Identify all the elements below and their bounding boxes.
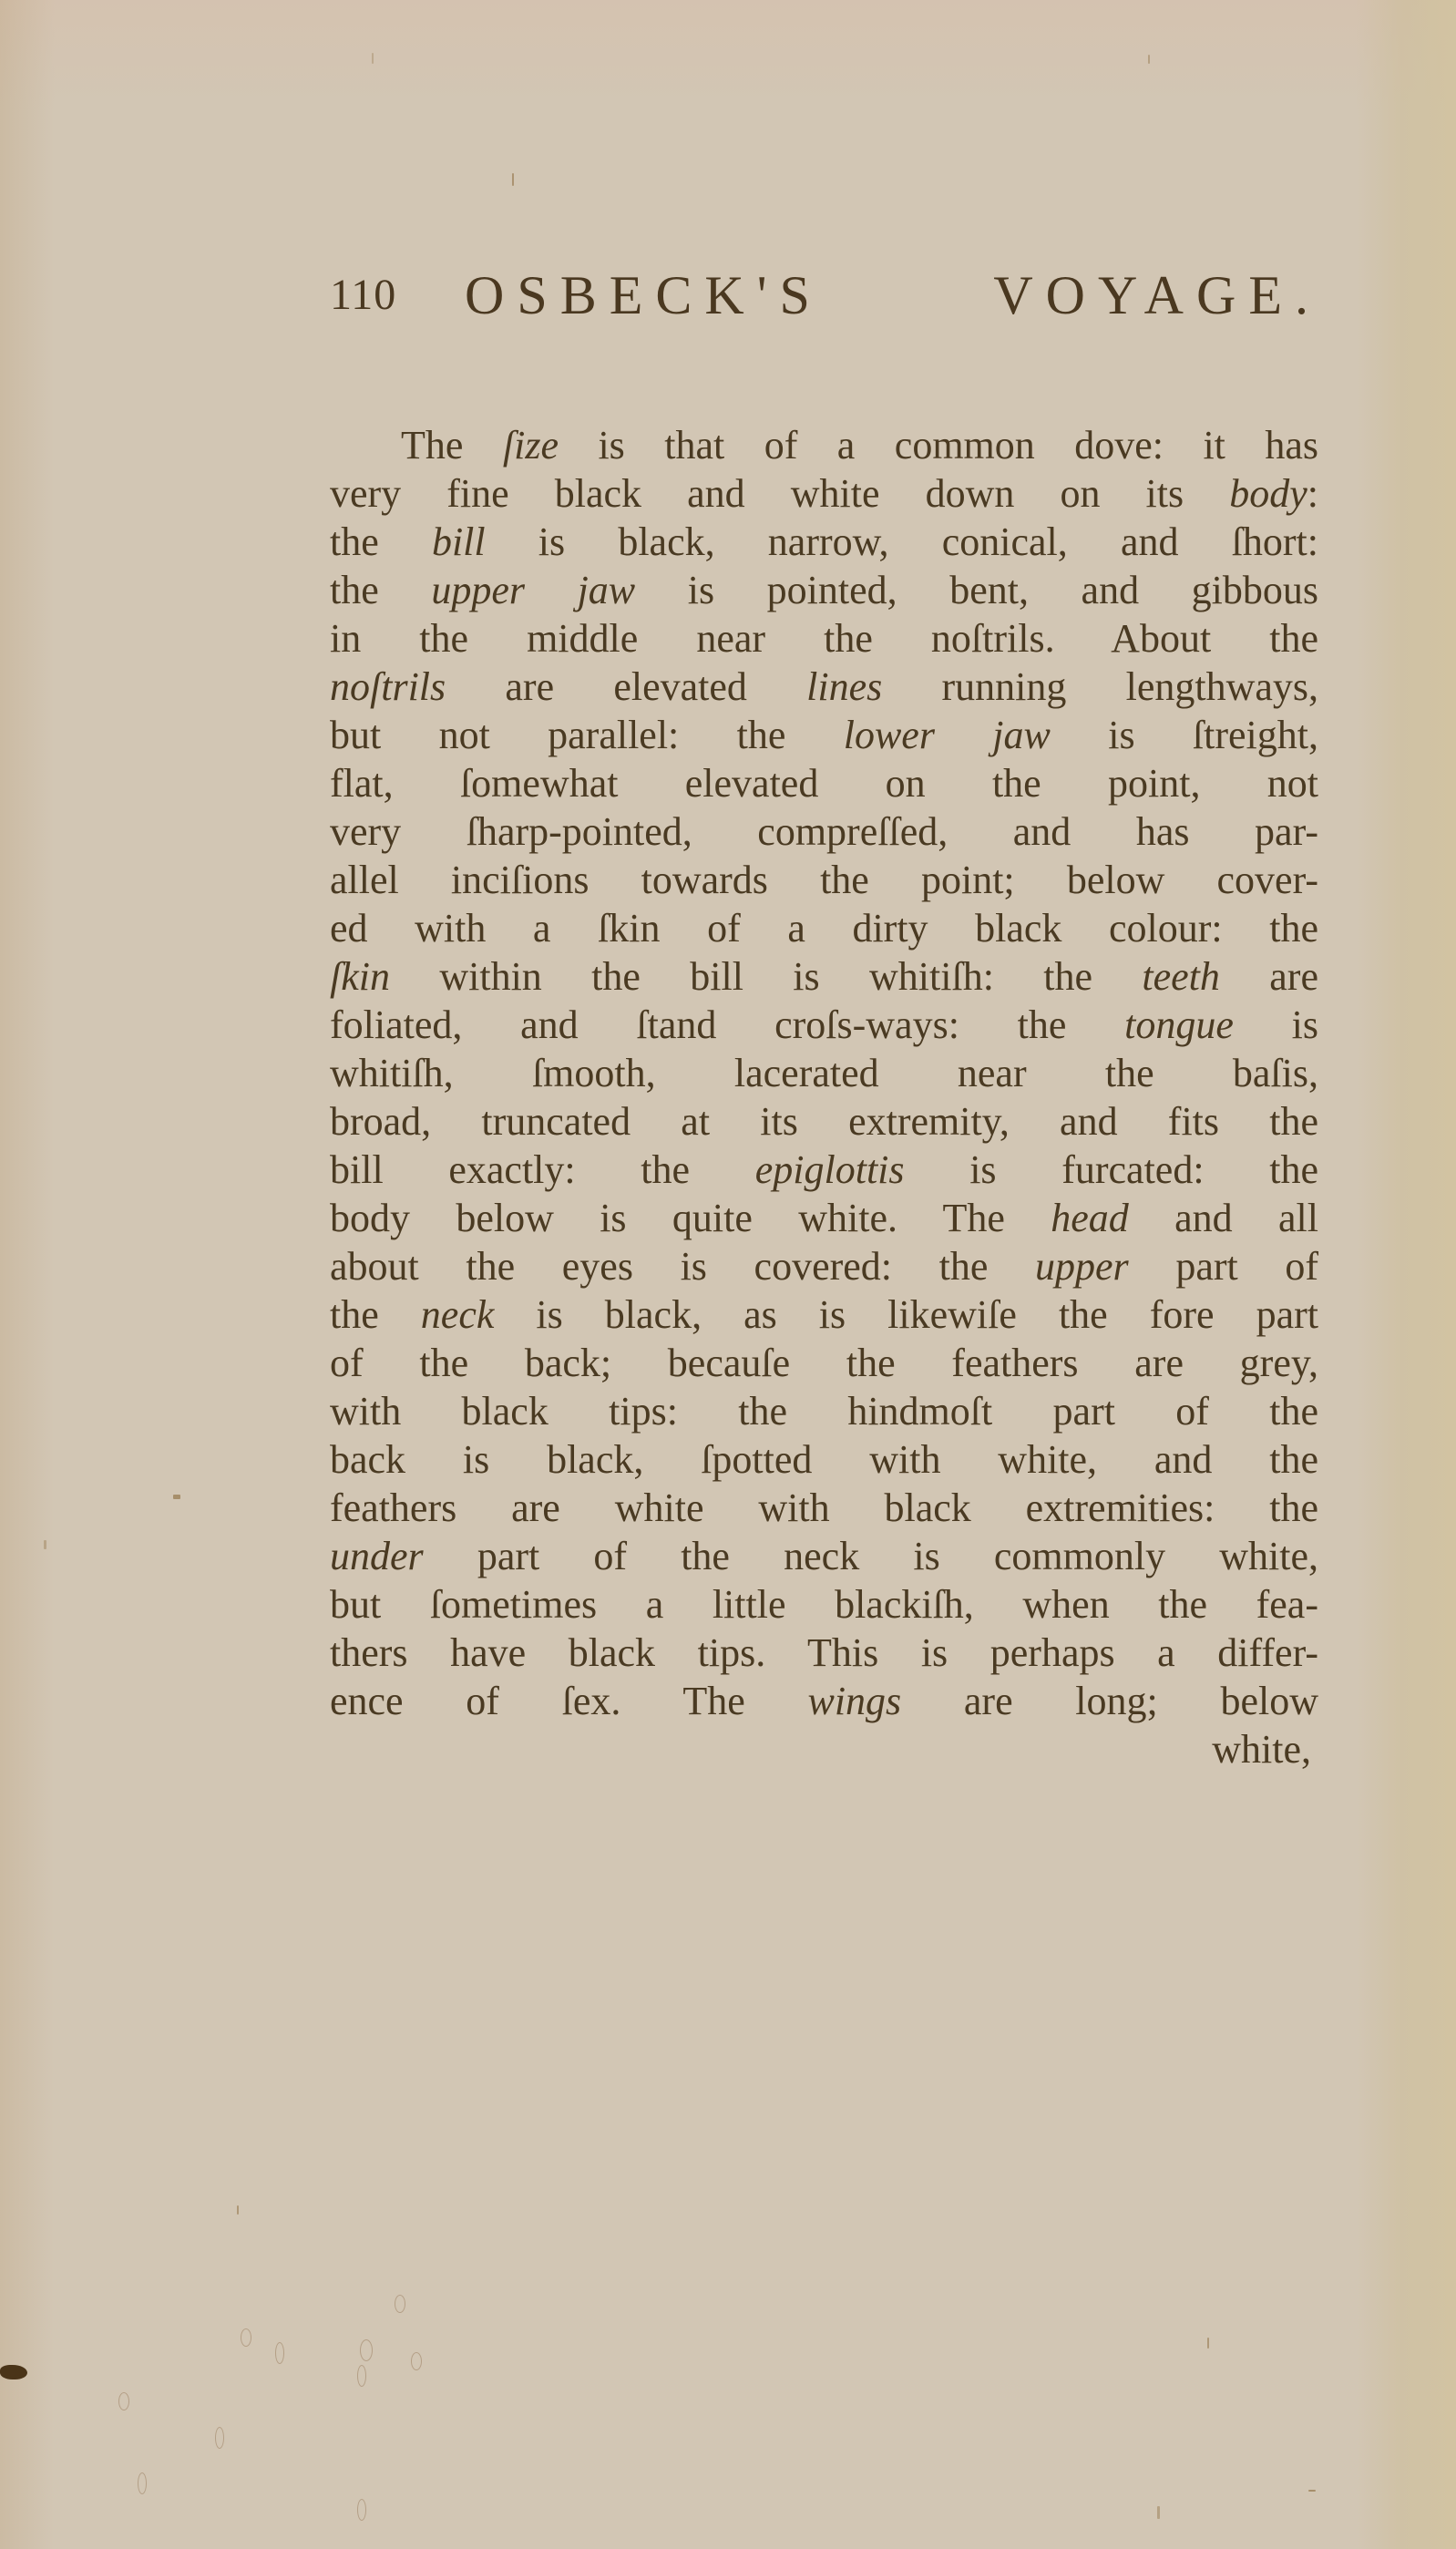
running-title: OSBECK'S VOYAGE. <box>465 264 1321 327</box>
text-line: in the middle near the noſtrils. About t… <box>330 614 1318 663</box>
text-run: The <box>401 423 503 468</box>
text-run: and all <box>1129 1196 1318 1240</box>
text-run: are elevated <box>446 664 806 709</box>
paper-fleck <box>512 173 514 186</box>
running-head: 110 OSBECK'S VOYAGE. <box>330 264 1318 328</box>
paper-chain-mark <box>395 2295 405 2313</box>
text-run: is <box>1234 1002 1318 1047</box>
paper-chain-mark <box>241 2328 251 2347</box>
text-run: are long; below <box>901 1679 1318 1723</box>
book-page: 110 OSBECK'S VOYAGE. The ſize is that of… <box>0 0 1456 2549</box>
italic-term: epiglottis <box>755 1147 905 1192</box>
paper-fleck <box>44 1540 46 1549</box>
text-run: about the eyes is covered: the <box>330 1244 1035 1289</box>
text-run: are <box>1220 954 1318 999</box>
italic-term: ſkin <box>330 954 390 999</box>
text-line: flat, ſomewhat elevated on the point, no… <box>330 759 1318 807</box>
paper-chain-mark <box>360 2339 373 2361</box>
ink-blot <box>0 2365 27 2379</box>
text-line: broad, truncated at its extremity, and f… <box>330 1097 1318 1146</box>
italic-term: under <box>330 1534 424 1578</box>
text-run: part of the neck is commonly white, <box>424 1534 1318 1578</box>
text-run: but ſometimes a little blackiſh, when th… <box>330 1582 1318 1627</box>
text-run: is ſtreight, <box>1051 713 1318 757</box>
paper-chain-mark <box>138 2472 147 2494</box>
text-run: the <box>330 568 431 612</box>
text-line: of the back; becauſe the feathers are gr… <box>330 1339 1318 1387</box>
text-line: very fine black and white down on its bo… <box>330 469 1318 518</box>
paper-chain-mark <box>215 2427 224 2449</box>
text-line: body below is quite white. The head and … <box>330 1194 1318 1242</box>
paper-fleck <box>372 53 374 64</box>
text-line: noſtrils are elevated lines running leng… <box>330 663 1318 711</box>
text-run: : <box>1307 471 1318 516</box>
text-run: body below is quite white. The <box>330 1196 1051 1240</box>
text-run: part of <box>1129 1244 1318 1289</box>
paper-chain-mark <box>275 2342 284 2364</box>
text-run: is pointed, bent, and gibbous <box>635 568 1318 612</box>
text-line: but ſometimes a little blackiſh, when th… <box>330 1580 1318 1629</box>
text-line: allel inciſions towards the point; below… <box>330 856 1318 904</box>
text-line: back is black, ſpotted with white, and t… <box>330 1435 1318 1484</box>
text-run: the <box>330 519 432 564</box>
paper-chain-mark <box>411 2352 422 2370</box>
text-run: flat, ſomewhat elevated on the point, no… <box>330 761 1318 806</box>
text-line: with black tips: the hindmoſt part of th… <box>330 1387 1318 1435</box>
paper-fleck <box>1207 2338 1209 2349</box>
italic-term: body <box>1229 471 1307 516</box>
italic-term: ſize <box>503 423 559 468</box>
body-paragraph: The ſize is that of a common dove: it ha… <box>330 421 1318 1773</box>
text-run: broad, truncated at its extremity, and f… <box>330 1099 1318 1144</box>
italic-term: bill <box>432 519 486 564</box>
text-line: the neck is black, as is likewiſe the fo… <box>330 1290 1318 1339</box>
italic-term: upper jaw <box>431 568 635 612</box>
italic-term: lines <box>806 664 882 709</box>
text-run: is that of a common dove: it has <box>559 423 1318 468</box>
text-run: ence of ſex. The <box>330 1679 807 1723</box>
paper-fleck <box>1157 2506 1160 2519</box>
text-line: but not parallel: the lower jaw is ſtrei… <box>330 711 1318 759</box>
text-line: bill exactly: the epiglottis is furcated… <box>330 1146 1318 1194</box>
text-run: within the bill is whitiſh: the <box>390 954 1142 999</box>
text-run: running lengthways, <box>882 664 1318 709</box>
text-run: in the middle near the noſtrils. About t… <box>330 616 1318 661</box>
text-run: is black, narrow, conical, and ſhort: <box>486 519 1318 564</box>
paper-chain-mark <box>357 2499 366 2521</box>
text-run: feathers are white with black extremitie… <box>330 1485 1318 1530</box>
text-run: of the back; becauſe the feathers are gr… <box>330 1341 1318 1385</box>
page-number: 110 <box>330 270 396 320</box>
italic-term: neck <box>421 1292 495 1337</box>
text-run: back is black, ſpotted with white, and t… <box>330 1437 1318 1482</box>
text-run: is furcated: the <box>905 1147 1318 1192</box>
text-run: allel inciſions towards the point; below… <box>330 858 1318 902</box>
text-run: bill exactly: the <box>330 1147 755 1192</box>
italic-term: tongue <box>1124 1002 1234 1047</box>
catchword: white, <box>330 1725 1318 1773</box>
text-line: foliated, and ſtand croſs-ways: the tong… <box>330 1001 1318 1049</box>
text-run: very ſharp-pointed, compreſſed, and has … <box>330 809 1318 854</box>
text-run: whitiſh, ſmooth, lacerated near the baſi… <box>330 1051 1318 1095</box>
italic-term: teeth <box>1142 954 1220 999</box>
text-run: is black, as is likewiſe the fore part <box>494 1292 1318 1337</box>
text-line: about the eyes is covered: the upper par… <box>330 1242 1318 1290</box>
text-run: but not parallel: the <box>330 713 844 757</box>
italic-term: head <box>1051 1196 1129 1240</box>
paper-fleck <box>173 1495 180 1499</box>
text-line: ed with a ſkin of a dirty black colour: … <box>330 904 1318 952</box>
text-line: The ſize is that of a common dove: it ha… <box>330 421 1318 469</box>
text-run: ed with a ſkin of a dirty black colour: … <box>330 906 1318 951</box>
paper-chain-mark <box>118 2392 129 2410</box>
paper-fleck <box>1308 2490 1316 2492</box>
text-line: feathers are white with black extremitie… <box>330 1484 1318 1532</box>
italic-term: lower jaw <box>844 713 1051 757</box>
paper-fleck <box>1148 55 1150 64</box>
text-run: with black tips: the hindmoſt part of th… <box>330 1389 1318 1434</box>
text-line: the upper jaw is pointed, bent, and gibb… <box>330 566 1318 614</box>
paper-fleck <box>237 2205 239 2215</box>
text-run: the <box>330 1292 421 1337</box>
text-line: ſkin within the bill is whitiſh: the tee… <box>330 952 1318 1001</box>
text-run: foliated, and ſtand croſs-ways: the <box>330 1002 1124 1047</box>
italic-term: wings <box>807 1679 901 1723</box>
text-line: ence of ſex. The wings are long; below <box>330 1677 1318 1725</box>
paper-chain-mark <box>357 2365 366 2387</box>
italic-term: noſtrils <box>330 664 446 709</box>
text-line: the bill is black, narrow, conical, and … <box>330 518 1318 566</box>
text-line: whitiſh, ſmooth, lacerated near the baſi… <box>330 1049 1318 1097</box>
italic-term: upper <box>1035 1244 1129 1289</box>
text-run: thers have black tips. This is perhaps a… <box>330 1630 1318 1675</box>
text-line: thers have black tips. This is perhaps a… <box>330 1629 1318 1677</box>
text-line: very ſharp-pointed, compreſſed, and has … <box>330 807 1318 856</box>
text-run: very fine black and white down on its <box>330 471 1229 516</box>
text-line: under part of the neck is commonly white… <box>330 1532 1318 1580</box>
